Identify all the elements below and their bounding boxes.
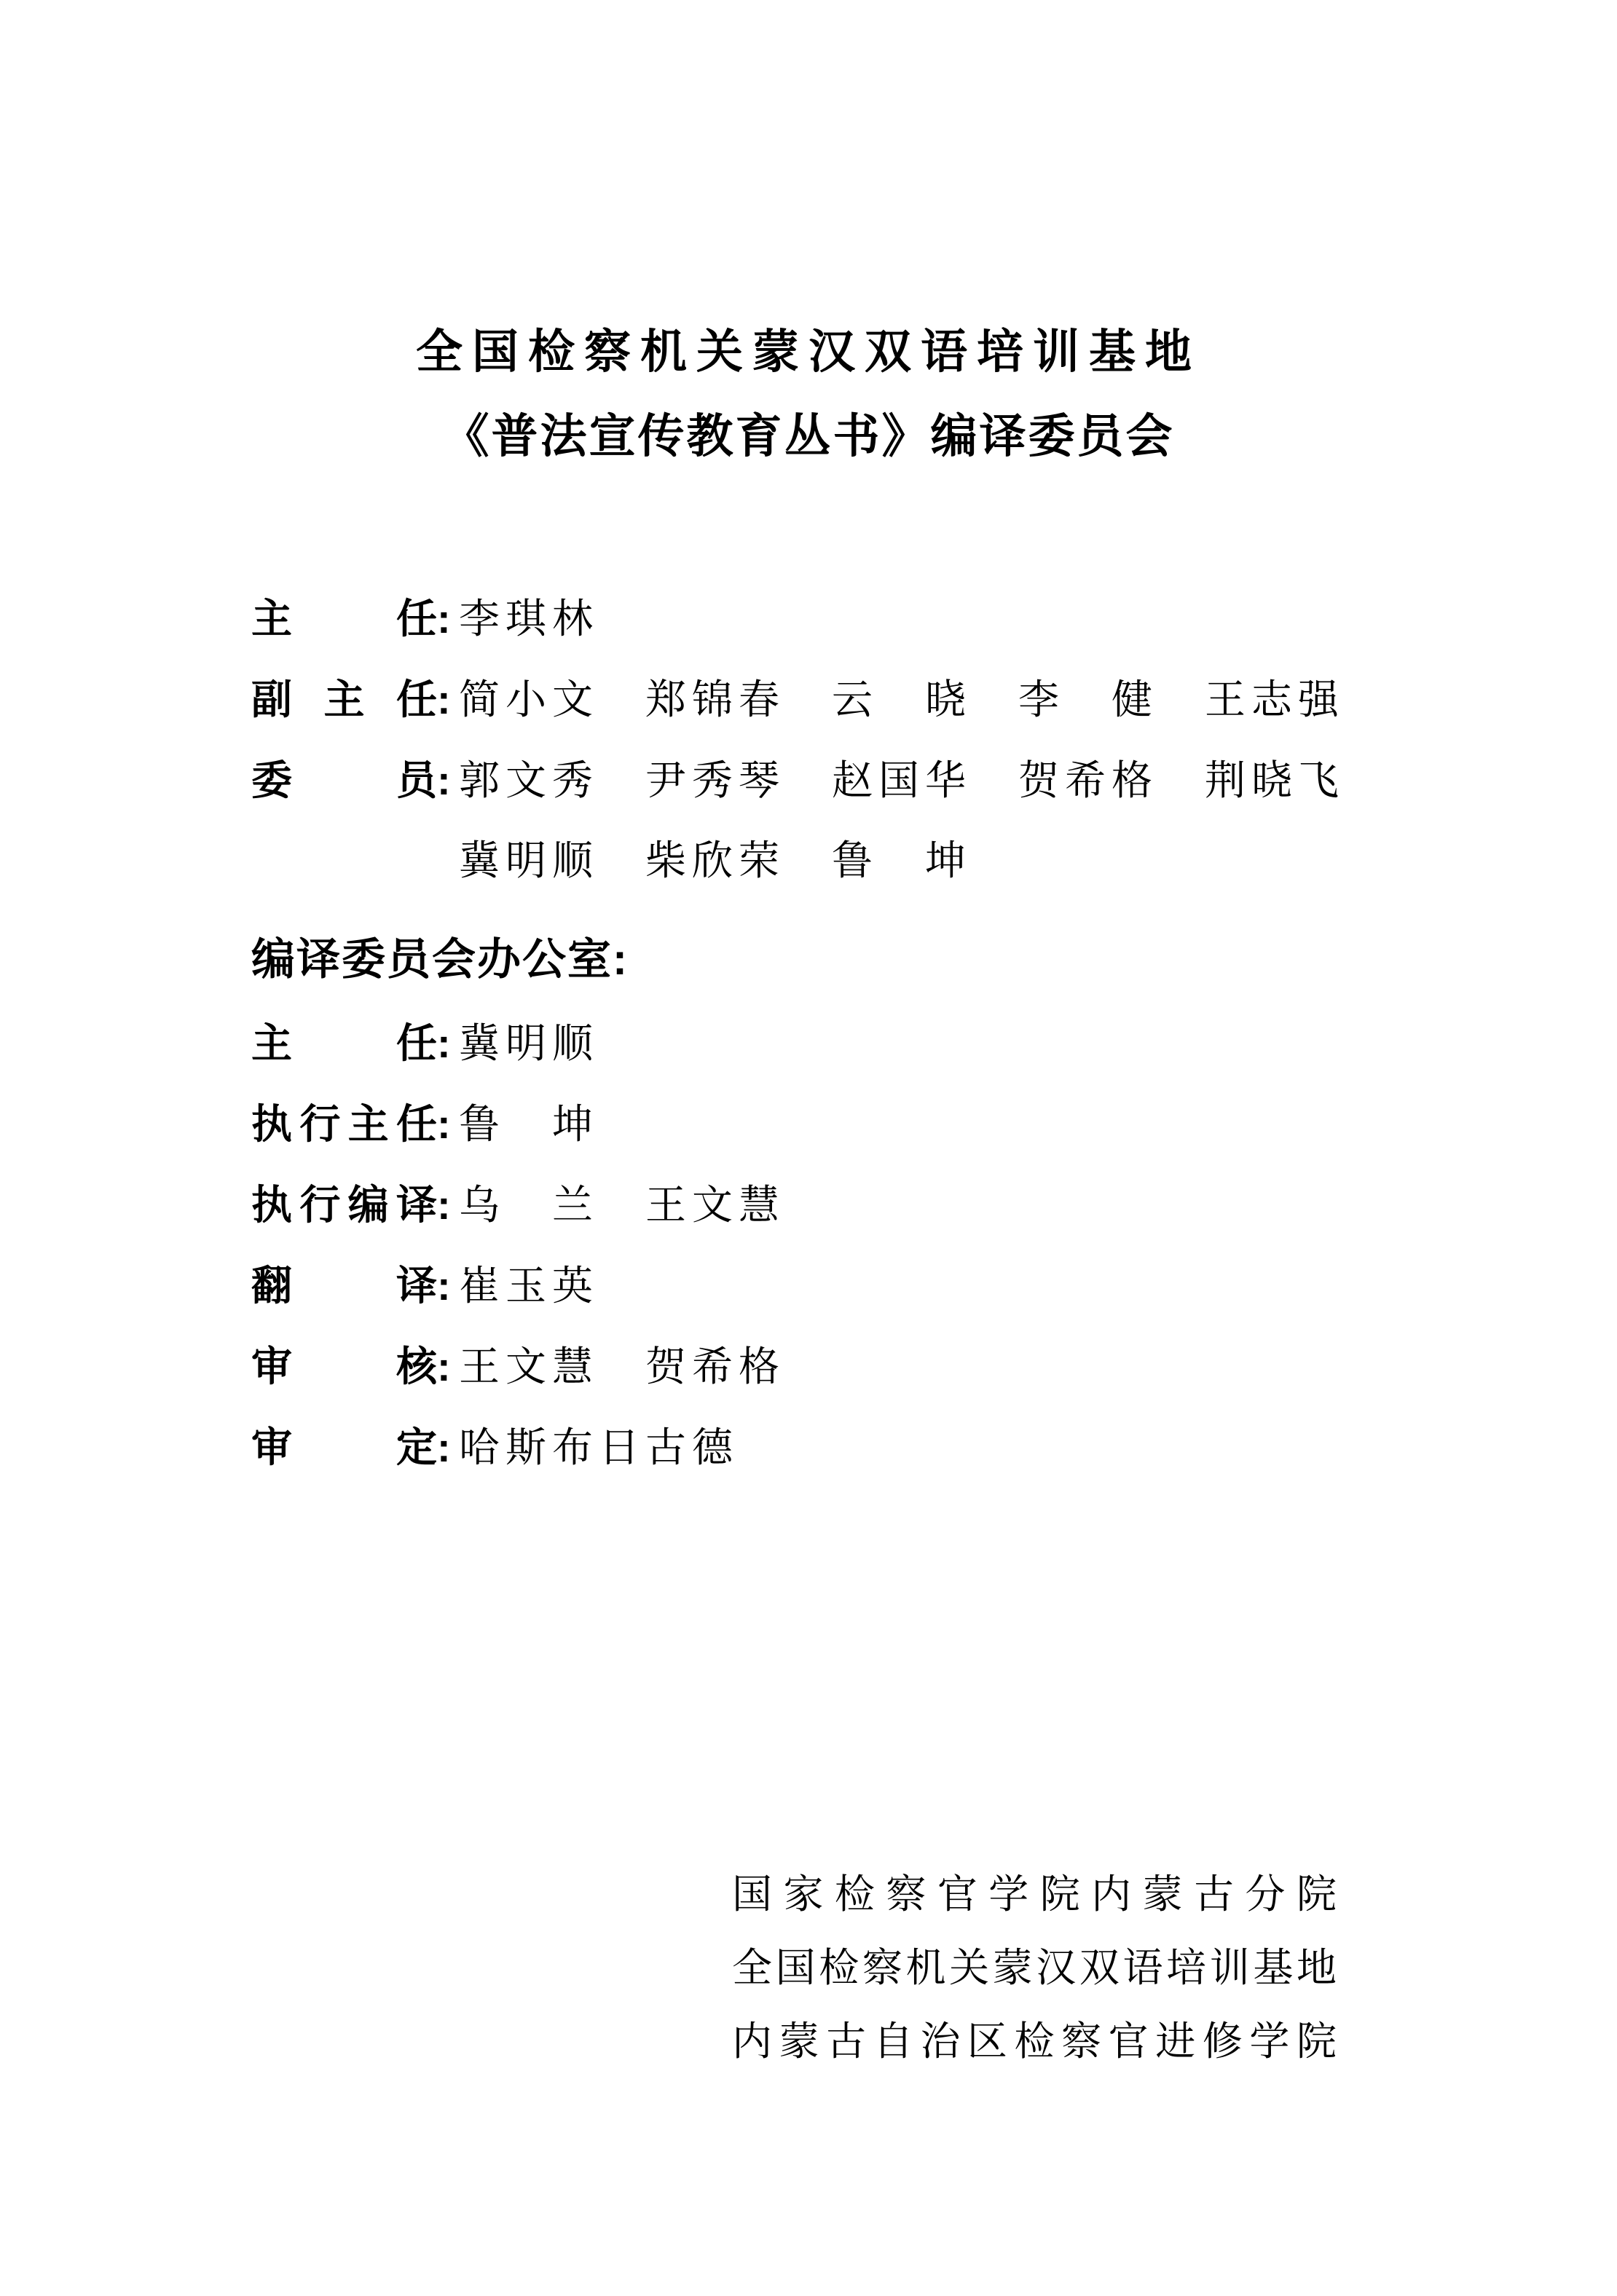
role-row-director: 主任:李琪林 (251, 579, 1617, 660)
role-names: 乌 兰 王文慧 (459, 1183, 785, 1228)
role-label: 审核 (251, 1327, 437, 1407)
role-names: 李琪林 (459, 597, 599, 642)
office-heading-row: 编译委员会办公室: (251, 935, 1617, 985)
role-label: 委员 (251, 741, 437, 821)
document-page: 全国检察机关蒙汉双语培训基地 《普法宣传教育丛书》编译委员会 主任:李琪林 副主… (0, 0, 1617, 2296)
role-names: 王文慧 贺希格 (459, 1345, 785, 1390)
institution-line: 全国检察机关蒙汉双语培训基地 (732, 1931, 1337, 2005)
role-row-final-approver: 审定:哈斯布日古德 (251, 1408, 1617, 1488)
role-row-office-director: 主任:冀明顺 (251, 1003, 1617, 1084)
title-block: 全国检察机关蒙汉双语培训基地 《普法宣传教育丛书》编译委员会 (0, 0, 1617, 478)
role-label: 主任 (251, 579, 437, 659)
role-names: 哈斯布日古德 (459, 1426, 739, 1471)
role-colon: : (437, 741, 459, 821)
role-colon: : (437, 660, 459, 740)
title-line-2: 《普法宣传教育丛书》编译委员会 (0, 394, 1617, 478)
role-row-translator: 翻译:崔玉英 (251, 1246, 1617, 1327)
institution-line: 内蒙古自治区检察官进修学院 (732, 2005, 1337, 2078)
role-row-executive-editors: 执行编译:乌 兰 王文慧 (251, 1165, 1617, 1246)
committee-section: 主任:李琪林 副主任:简小文 郑锦春 云 晓 李 健 王志强 委员:郭文秀 尹秀… (251, 579, 1617, 902)
title-line-1: 全国检察机关蒙汉双语培训基地 (0, 309, 1617, 394)
role-colon: : (437, 1246, 459, 1326)
role-colon: : (437, 1165, 459, 1245)
role-names: 郭文秀 尹秀琴 赵国华 贺希格 荆晓飞 (459, 759, 1345, 804)
office-heading-colon: : (613, 935, 629, 984)
role-colon: : (437, 579, 459, 659)
office-section: 主任:冀明顺 执行主任:鲁 坤 执行编译:乌 兰 王文慧 翻译:崔玉英 审核:王… (251, 1003, 1617, 1488)
role-label: 主任 (251, 1003, 437, 1084)
role-label: 翻译 (251, 1246, 437, 1326)
role-names: 冀明顺 (459, 1022, 599, 1067)
role-colon: : (437, 1003, 459, 1084)
role-label: 执行主任 (251, 1084, 437, 1164)
role-label: 执行编译 (251, 1165, 437, 1245)
institutions-block: 国家检察官学院内蒙古分院 全国检察机关蒙汉双语培训基地 内蒙古自治区检察官进修学… (732, 1858, 1337, 2078)
role-colon: : (437, 1327, 459, 1407)
role-names: 简小文 郑锦春 云 晓 李 健 王志强 (459, 678, 1345, 723)
office-heading: 编译委员会办公室 (251, 935, 613, 984)
role-colon: : (437, 1084, 459, 1164)
role-colon: : (437, 1408, 459, 1488)
role-row-members: 委员:郭文秀 尹秀琴 赵国华 贺希格 荆晓飞 (251, 741, 1617, 821)
role-row-reviewers: 审核:王文慧 贺希格 (251, 1327, 1617, 1408)
role-row-members-continuation: 冀明顺 柴欣荣 鲁 坤 (459, 821, 1617, 902)
role-row-executive-director: 执行主任:鲁 坤 (251, 1084, 1617, 1165)
role-label: 副主任 (251, 660, 437, 740)
role-label: 审定 (251, 1408, 437, 1488)
content-area: 主任:李琪林 副主任:简小文 郑锦春 云 晓 李 健 王志强 委员:郭文秀 尹秀… (251, 579, 1617, 1488)
role-names: 鲁 坤 (459, 1102, 599, 1148)
role-names: 崔玉英 (459, 1264, 599, 1309)
role-names: 冀明顺 柴欣荣 鲁 坤 (459, 839, 972, 884)
role-row-deputy-directors: 副主任:简小文 郑锦春 云 晓 李 健 王志强 (251, 660, 1617, 741)
institution-line: 国家检察官学院内蒙古分院 (732, 1858, 1337, 1931)
